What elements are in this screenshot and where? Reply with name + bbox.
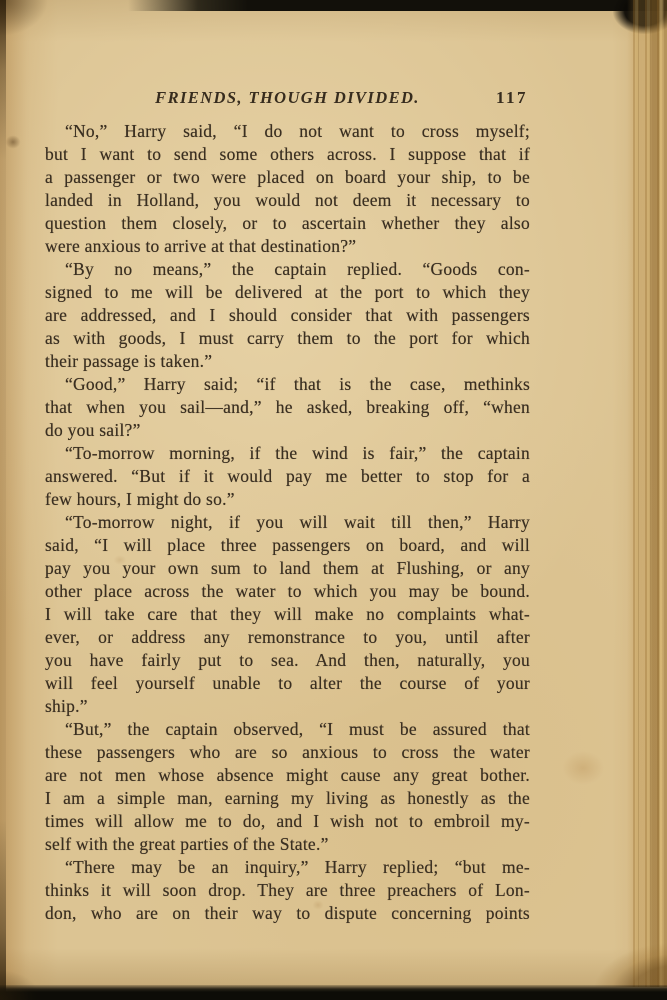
scan-top-shadow (128, 0, 667, 11)
text-line: thinks it will soon drop. They are three… (45, 879, 530, 902)
text-block: “No,” Harry said, “I do not want to cros… (45, 120, 530, 925)
text-line: “To-morrow night, if you will wait till … (45, 511, 530, 534)
text-line: question them closely, or to ascertain w… (45, 212, 530, 235)
text-line: “There may be an inquiry,” Harry replied… (45, 856, 530, 879)
text-line: a passenger or two were placed on board … (45, 166, 530, 189)
text-line: landed in Holland, you would not deem it… (45, 189, 530, 212)
bottom-right-page-stack (577, 935, 667, 987)
text-line: will feel yourself unable to alter the c… (45, 672, 530, 695)
text-line: answered. “But if it would pay me better… (45, 465, 530, 488)
paragraph: “To-morrow night, if you will wait till … (45, 511, 530, 718)
scan-top-right-corner-shadow (613, 0, 667, 34)
paragraph: “Good,” Harry said; “if that is the case… (45, 373, 530, 442)
paragraph: “By no means,” the captain replied. “Goo… (45, 258, 530, 373)
text-line: were anxious to arrive at that destinati… (45, 235, 530, 258)
scan-bottom-shadow (0, 985, 667, 1000)
running-header: FRIENDS, THOUGH DIVIDED. 117 (45, 88, 530, 110)
text-line: “Good,” Harry said; “if that is the case… (45, 373, 530, 396)
text-line: I am a simple man, earning my living as … (45, 787, 530, 810)
text-line: “By no means,” the captain replied. “Goo… (45, 258, 530, 281)
text-line: self with the great parties of the State… (45, 833, 530, 856)
page-number: 117 (496, 88, 528, 108)
text-line: signed to me will be delivered at the po… (45, 281, 530, 304)
paragraph: “There may be an inquiry,” Harry replied… (45, 856, 530, 925)
paragraph: “To-morrow morning, if the wind is fair,… (45, 442, 530, 511)
header-title: FRIENDS, THOUGH DIVIDED. (155, 88, 420, 107)
text-line: other place across the water to which yo… (45, 580, 530, 603)
text-line: said, “I will place three passengers on … (45, 534, 530, 557)
text-line: few hours, I might do so.” (45, 488, 530, 511)
text-line: that when you sail—and,” he asked, break… (45, 396, 530, 419)
text-line: their passage is taken.” (45, 350, 530, 373)
text-line: “To-morrow morning, if the wind is fair,… (45, 442, 530, 465)
book-page-scan: FRIENDS, THOUGH DIVIDED. 117 “No,” Harry… (0, 0, 667, 1000)
page-content: FRIENDS, THOUGH DIVIDED. 117 “No,” Harry… (45, 88, 530, 925)
paragraph: “No,” Harry said, “I do not want to cros… (45, 120, 530, 258)
text-line: are addressed, and I should consider tha… (45, 304, 530, 327)
text-line: “No,” Harry said, “I do not want to cros… (45, 120, 530, 143)
book-page-edges (627, 0, 667, 987)
text-line: I will take care that they will make no … (45, 603, 530, 626)
text-line: ship.” (45, 695, 530, 718)
text-line: “But,” the captain observed, “I must be … (45, 718, 530, 741)
text-line: these passengers who are so anxious to c… (45, 741, 530, 764)
scan-left-edge-shadow (0, 0, 6, 1000)
text-line: are not men whose absence might cause an… (45, 764, 530, 787)
text-line: you have fairly put to sea. And then, na… (45, 649, 530, 672)
paragraph: “But,” the captain observed, “I must be … (45, 718, 530, 856)
text-line: ever, or address any remonstrance to you… (45, 626, 530, 649)
text-line: times will allow me to do, and I wish no… (45, 810, 530, 833)
text-line: do you sail?” (45, 419, 530, 442)
text-line: but I want to send some others across. I… (45, 143, 530, 166)
text-line: don, who are on their way to dispute con… (45, 902, 530, 925)
text-line: pay you your own sum to land them at Flu… (45, 557, 530, 580)
text-line: as with goods, I must carry them to the … (45, 327, 530, 350)
